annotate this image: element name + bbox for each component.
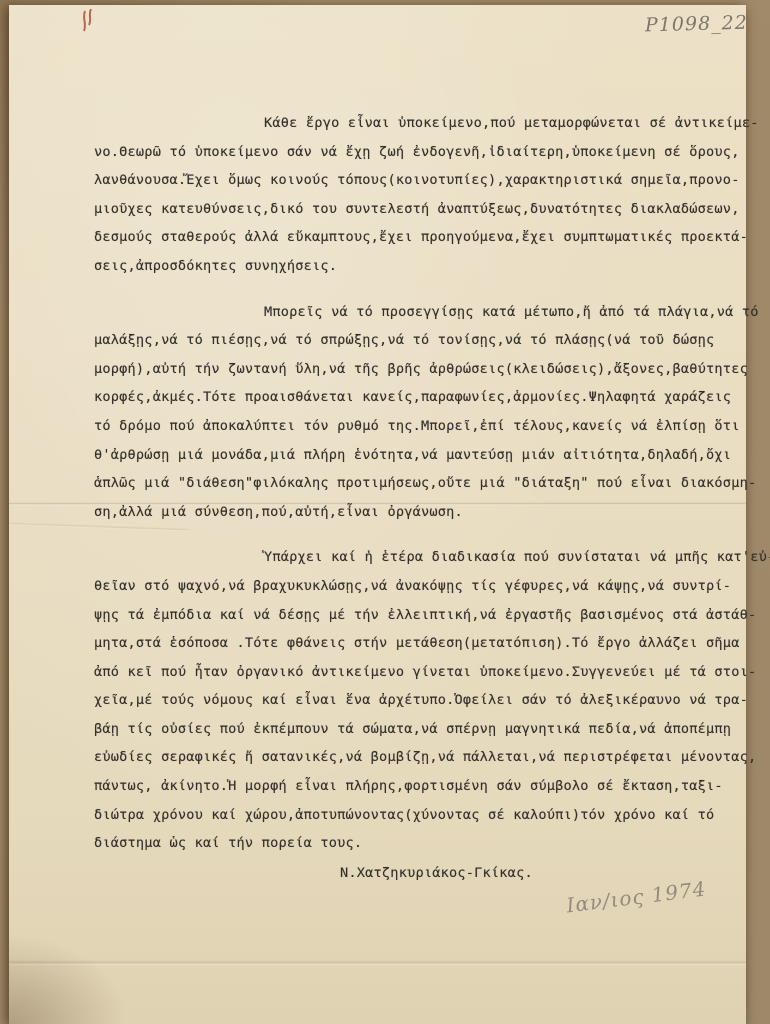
text-line: μητα,στά ἑσόποσα .Τότε φθάνεις στήν μετά… — [94, 629, 742, 658]
text-line: μορφή),αὐτή τήν ζωντανή ὕλη,νά τῆς βρῆς … — [94, 355, 742, 384]
text-line: διώτρα χρόνου καί χώρου,ἀποτυπώνοντας(χύ… — [94, 801, 742, 830]
text-line: δεσμούς σταθερούς ἀλλά εὔκαμπτους,ἔχει π… — [94, 223, 742, 252]
text-line: Ὑπάρχει καί ἡ ἑτέρα διαδικασία πού συνίσ… — [94, 543, 742, 572]
paper-sheet: P1098_22 Κάθε ἔργο εἶναι ὑποκείμενο,πού … — [9, 5, 746, 1024]
date-annotation: Ιαν/ιος 1974 — [565, 877, 708, 918]
corner-shadow — [9, 934, 129, 1024]
paragraph: Κάθε ἔργο εἶναι ὑποκείμενο,πού μεταμορφώ… — [94, 109, 742, 281]
text-line: ἁπλῶς μιά "διάθεση"φιλόκαλης προτιμήσεως… — [94, 469, 742, 498]
text-line: μαλάξῃς,νά τό πιέσῃς,νά τό σπρώξῃς,νά τό… — [94, 326, 742, 355]
text-line: πάντως, ἀκίνητο.Ἡ μορφή εἶναι πλήρης,φορ… — [94, 772, 742, 801]
text-line: τό δρόμο πού ἀποκαλύπτει τόν ρυθμό της.Μ… — [94, 412, 742, 441]
paragraph: Μπορεῖς νά τό προσεγγίσῃς κατά μέτωπο,ἤ … — [94, 298, 742, 527]
text-line: Κάθε ἔργο εἶναι ὑποκείμενο,πού μεταμορφώ… — [94, 109, 742, 138]
catalog-number-annotation: P1098_22 — [645, 12, 748, 37]
text-line: σεις,ἀπροσδόκητες συνηχήσεις. — [94, 252, 742, 281]
text-line: χεῖα,μέ τούς νόμους καί εἶναι ἕνα ἀρχέτυ… — [94, 686, 742, 715]
text-line: θ'ἀρθρώσῃ μιά μονάδα,μιά πλήρη ἑνότητα,ν… — [94, 441, 742, 470]
text-line: εὐωδίες σεραφικές ἤ σατανικές,νά βομβίζῃ… — [94, 743, 742, 772]
text-line: νο.Θεωρῶ τό ὑποκείμενο σάν νά ἔχῃ ζωή ἐν… — [94, 138, 742, 167]
text-line: κορφές,ἀκμές.Τότε προαισθάνεται κανείς,π… — [94, 383, 742, 412]
signature-line: Ν.Χατζηκυριάκος-Γκίκας. — [340, 865, 533, 881]
red-ink-mark — [71, 9, 111, 53]
typed-text-body: Κάθε ἔργο εἶναι ὑποκείμενο,πού μεταμορφώ… — [94, 109, 742, 875]
text-line: ἀπό κεῖ πού ἦταν ὀργανικό ἀντικείμενο γί… — [94, 658, 742, 687]
text-line: θεῖαν στό ψαχνό,νά βραχυκυκλώσῃς,νά ἀνακ… — [94, 572, 742, 601]
text-line: διάστημα ὡς καί τήν πορεία τους. — [94, 829, 742, 858]
paragraph: Ὑπάρχει καί ἡ ἑτέρα διαδικασία πού συνίσ… — [94, 543, 742, 858]
text-line: λανθάνουσα.Ἔχει ὅμως κοινούς τόπους(κοιν… — [94, 166, 742, 195]
text-line: ση,ἀλλά μιά σύνθεση,πού,αὐτή,εἶναι ὀργάν… — [94, 498, 742, 527]
text-line: μιοῦχες κατευθύνσεις,δικό του συντελεστή… — [94, 195, 742, 224]
text-line: Μπορεῖς νά τό προσεγγίσῃς κατά μέτωπο,ἤ … — [94, 298, 742, 327]
text-line: βάῃ τίς οὐσίες πού ἐκπέμπουν τά σώματα,ν… — [94, 715, 742, 744]
text-line: ψῃς τά ἐμπόδια καί νά δέσῃς μέ τήν ἐλλει… — [94, 601, 742, 630]
